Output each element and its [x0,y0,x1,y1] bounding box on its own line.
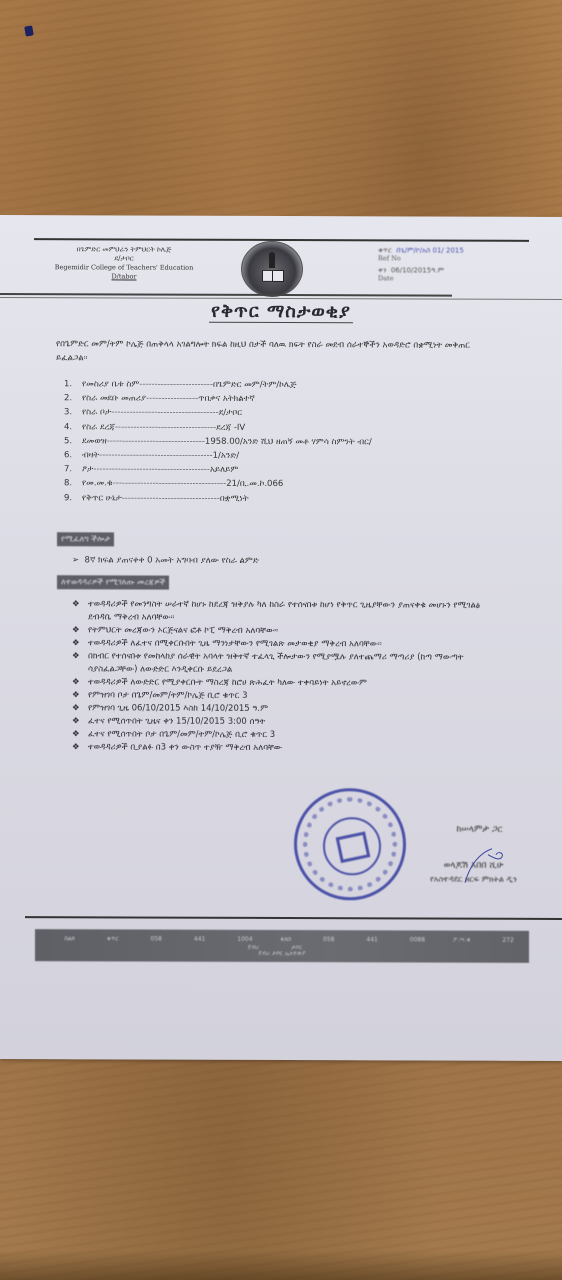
field-label: ፆታ [82,463,93,477]
field-value: በቋሚነት [220,491,249,505]
field-num: 1. [64,377,82,391]
field-label: ደመወዝ [82,434,107,448]
field-value: 1/አንድ/ [213,449,239,463]
field-label: ብዛት [82,448,99,462]
notes-heading: ለተወዳዳሪዎች የሚገለጡ መረጃዎች [57,575,169,589]
ref-number: በጌ/ም/ኮ/አስ 01/ 2015 [396,246,463,254]
field-dots: --------------------------------- [115,420,216,435]
note-text: ፈተና የሚሰጥበት ጊዜና ቀን 15/10/2015 3:00 ሰዓት [88,715,265,729]
diamond-bullet-icon: ❖ [72,689,88,702]
footer-contact-item: ስልክ ቁጥር 058 441 1004 [64,935,252,943]
field-value: ጥበቃና አትክልተኛ [198,392,255,406]
closing-text: ከሠላምታ ጋር [442,821,517,839]
arrow-bullet-icon: ➢ [72,555,85,565]
field-dots: ----------------------------------- [111,406,218,421]
diamond-bullet-icon: ❖ [72,637,88,650]
field-dots: -------------------------------------- [93,463,210,478]
footer-contact-bar: ስልክ ቁጥር 058 441 1004ፋክስ 058 441 0088ፖ.ሣ.… [35,929,529,963]
desk-ink-spot [24,25,34,36]
diamond-bullet-icon: ❖ [72,598,88,624]
vacancy-field-row: 5.ደመወዝ--------------------------------19… [64,434,524,450]
note-text: ተወዳዳሪዎች ለውድድር የሚያቀርቡት ማስረጃ ከሮሀ ጽሕፈት ካለው … [88,676,367,690]
field-dots: ------------------------------------- [99,448,212,463]
vacancy-field-row: 9.የቅጥር ሁኔታ------------------------------… [64,491,524,507]
letterhead-reference: ቁጥር በጌ/ም/ኮ/አስ 01/ 2015 Ref No ቀን 06/10/2… [378,246,464,282]
field-label: የስራ መደቡ መጠሪያ [82,392,146,406]
field-dots: ------------------------ [139,378,213,392]
field-num: 2. [64,391,82,405]
field-dots: ----------------- [146,392,198,406]
field-num: 7. [64,462,82,476]
field-value: ደ/ታቦር [219,406,242,420]
handwritten-signature-icon [460,845,520,885]
note-item: ❖በክብር የተሰናበቱ የመከላከያ ሰራዊት አባላት ዝቅተኛ ተፈላጊ … [72,650,502,678]
date-value: 06/10/2015ዓ.ም [391,266,444,274]
field-value: 1958.00/አንድ ሺህ ዘጠኝ መቶ ሃምሳ ስምንት ብር/ [205,435,372,450]
logo-open-book-icon [262,270,284,282]
vacancy-details-list: 1.የመስሪያ ቤቱ ስም------------------------በጌም… [64,377,524,506]
field-label: የመ.መ.ቁ [82,477,113,491]
diamond-bullet-icon: ❖ [72,728,88,741]
vacancy-field-row: 4.የስራ ደረጃ-------------------------------… [64,420,524,436]
field-num: 8. [64,477,82,491]
vacancy-field-row: 1.የመስሪያ ቤቱ ስም------------------------በጌም… [64,377,524,393]
vacancy-field-row: 3.የስራ ቦታ--------------------------------… [64,406,524,422]
field-num: 4. [64,420,82,434]
note-item: ❖ተወዳዳሪዎች ቢያልፉ በ3 ቀን ውስጥ ተያዥ ማቅረብ አለባቸው [72,741,502,756]
letterhead-institution: በጌምድር መምህራን ትምህርት ኮሌጅ ደ/ታቦር Begemidir Co… [44,245,204,282]
diamond-bullet-icon: ❖ [72,715,88,728]
footer-address: ደብረ ታቦር ኢትዮጵያ [35,949,529,959]
field-dots: ------------------------------------- [113,477,226,492]
field-num: 6. [64,448,82,462]
note-text: የምዝገባ ጊዜ 06/10/2015 እስከ 14/10/2015 ዓ.ም [88,702,268,716]
applicant-notes-list: ❖ተወዳዳሪዎች የመንግስት ሠራተኛ ከሆኑ ከደረጃ ዝቅያሉ ካለ ከስ… [72,598,502,756]
requirements-heading: የሚፈለግ ችሎታ [57,532,114,546]
vacancy-field-row: 6.ብዛት-----------------------------------… [64,448,524,464]
ref-label-amharic: ቁጥር [378,246,392,254]
header-top-rule [34,238,529,242]
field-dots: -------------------------------- [122,491,220,506]
field-num: 9. [64,491,82,505]
field-num: 5. [64,434,82,448]
institution-city: D/tabor [44,272,204,282]
note-text: ተወዳዳሪዎች ለፈተና በሚቀርቡበት ጊዜ ማንነታቸውን የሚገልጽ መታ… [88,637,382,651]
letter-paper: በጌምድር መምህራን ትምህርት ኮሌጅ ደ/ታቦር Begemidir Co… [0,215,562,1061]
vacancy-field-row: 8.የመ.መ.ቁ--------------------------------… [64,477,524,493]
field-value: በጌምድር መም/ትም/ኮሌጅ [213,378,297,392]
intro-paragraph: የበጌምድር መም/ትም ኮሌጅ በጠቅላላ አገልግሎት ክፍል ከዚህ በታ… [56,337,496,367]
diamond-bullet-icon: ❖ [72,624,88,637]
diamond-bullet-icon: ❖ [72,702,88,715]
logo-figure [269,252,275,268]
requirements-list: ➢ 8ኛ ክፍል ያጠናቀቀ 0 አመት አግባብ ያለው የስራ ልምድ [72,555,259,566]
field-value: አይለይም [210,463,238,477]
date-label-amharic: ቀን [378,266,386,274]
ref-label-english: Ref No [378,254,464,262]
date-label-english: Date [378,274,464,282]
institution-english: Begemidir College of Teachers' Education [44,263,204,273]
stamp-inner-circle [323,817,381,875]
diamond-bullet-icon: ❖ [72,676,88,689]
field-num: 3. [64,406,82,420]
note-item: ❖ተወዳዳሪዎች የመንግስት ሠራተኛ ከሆኑ ከደረጃ ዝቅያሉ ካለ ከስ… [72,598,502,626]
field-dots: -------------------------------- [107,434,205,449]
vacancy-field-row: 2.የስራ መደቡ መጠሪያ-----------------ጥበቃና አትክል… [64,391,524,407]
field-value: 21/ቢ.መ.ኮ.066 [226,477,283,491]
note-text: ተወዳዳሪዎች የመንግስት ሠራተኛ ከሆኑ ከደረጃ ዝቅያሉ ካለ ከስራ… [88,598,502,625]
field-label: የቅጥር ሁኔታ [82,491,122,505]
vacancy-field-row: 7.ፆታ------------------------------------… [64,462,524,478]
requirement-item: 8ኛ ክፍል ያጠናቀቀ 0 አመት አግባብ ያለው የስራ ልምድ [85,555,259,566]
note-text: የምዝገባ ቦታ በጌም/መም/ትም/ኮሌጅ ቢሮ ቁጥር 3 [88,689,248,703]
field-label: የስራ ቦታ [82,406,111,420]
diamond-bullet-icon: ❖ [72,741,88,754]
college-logo-icon [241,241,303,297]
note-text: ፈተና የሚሰጥበት ቦታ በጌም/መም/ትም/ኮሌጅ ቢሮ ቁጥር 3 [88,728,275,742]
note-text: በክብር የተሰናበቱ የመከላከያ ሰራዊት አባላት ዝቅተኛ ተፈላጊ ች… [88,650,502,677]
footer-rule [25,916,562,920]
field-label: የመስሪያ ቤቱ ስም [82,377,139,391]
footer-contact-item: ፋክስ 058 441 0088 [281,936,425,944]
note-text: የትምህርት መረጃውን ኦርጅናልና ፎቶ ኮፒ ማቅረብ አለባቸው። [88,624,278,638]
diamond-bullet-icon: ❖ [72,650,88,676]
official-stamp-icon [294,788,406,900]
note-text: ተወዳዳሪዎች ቢያልፉ በ3 ቀን ውስጥ ተያዥ ማቅረብ አለባቸው [88,741,282,755]
field-label: የስራ ደረጃ [82,420,115,434]
stamp-book-emblem-icon [336,831,371,863]
field-value: ደረጃ -IV [216,420,245,434]
header-bottom-rule [0,293,452,297]
document-title: የቅጥር ማስታወቂያ [0,300,562,323]
desk-edge-shadow [0,1250,562,1280]
